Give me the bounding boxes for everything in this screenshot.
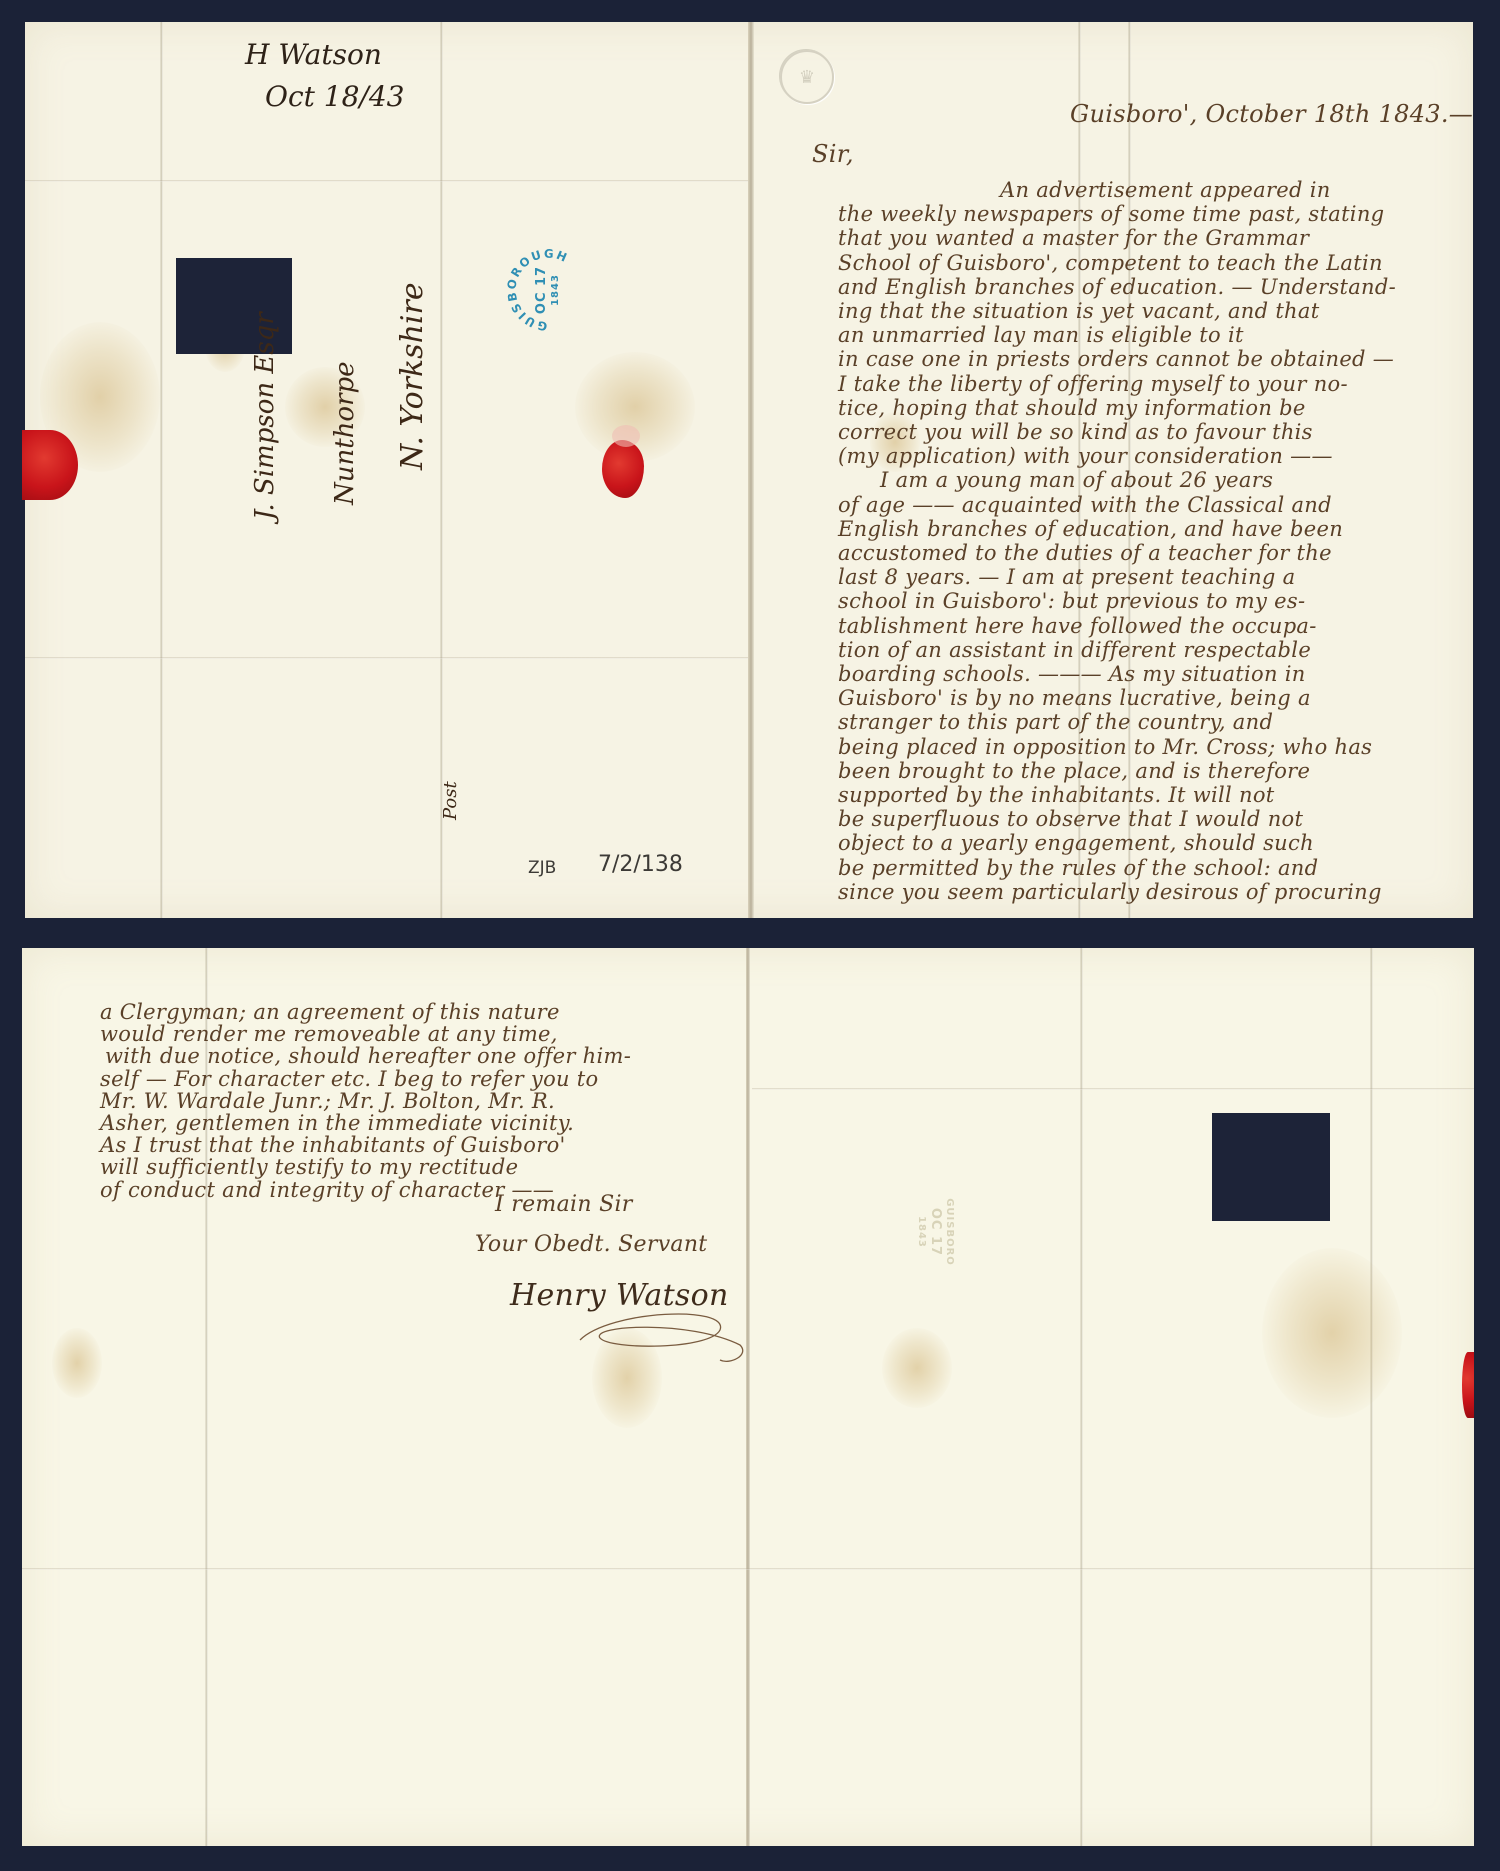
letter-line: correct you will be so kind as to favour… bbox=[838, 420, 1313, 444]
faded-postmark-year: 1843 bbox=[914, 1198, 928, 1266]
page-gutter bbox=[746, 948, 750, 1846]
archive-collection: ZJB bbox=[528, 858, 556, 878]
letter-line: tablishment here have followed the occup… bbox=[838, 614, 1317, 638]
letter-line: that you wanted a master for the Grammar bbox=[838, 226, 1309, 250]
postmark-ring-text: GUISBOROUGH bbox=[504, 247, 570, 334]
faded-postmark-ring: GUISBORO bbox=[942, 1198, 956, 1266]
letter-line: I am a young man of about 26 years bbox=[880, 468, 1273, 492]
letter-line: object to a yearly engagement, should su… bbox=[838, 831, 1314, 855]
postmark-ring-icon: GUISBOROUGH bbox=[504, 246, 592, 334]
letter-line: a Clergyman; an agreement of this nature bbox=[100, 1000, 560, 1024]
letter-line: School of Guisboro', competent to teach … bbox=[838, 251, 1383, 275]
letter-line: in case one in priests orders cannot be … bbox=[838, 347, 1394, 371]
letter-line: since you seem particularly desirous of … bbox=[838, 880, 1382, 904]
svg-text:GUISBOROUGH: GUISBOROUGH bbox=[504, 247, 570, 334]
letter-line: Guisboro' is by no means lucrative, bein… bbox=[838, 686, 1311, 710]
wax-seal bbox=[22, 430, 78, 500]
letter-line: of age —— acquainted with the Classical … bbox=[838, 493, 1332, 517]
address-line-1: J. Simpson Esqr bbox=[250, 312, 280, 520]
address-line-3: N. Yorkshire bbox=[395, 282, 430, 470]
letter-line: tion of an assistant in different respec… bbox=[838, 638, 1311, 662]
letter-line: English branches of education, and have … bbox=[838, 517, 1343, 541]
fold-line bbox=[22, 1568, 1474, 1570]
letter-line: stranger to this part of the country, an… bbox=[838, 710, 1273, 734]
foxing-stain bbox=[1262, 1248, 1402, 1418]
foxing-stain bbox=[52, 1328, 102, 1398]
fold-line bbox=[1080, 948, 1083, 1846]
letter-valediction: Your Obedt. Servant bbox=[475, 1232, 707, 1257]
faded-postmark: GUISBORO OC 17 1843 bbox=[893, 1192, 977, 1272]
letter-line: of conduct and integrity of character —— bbox=[100, 1178, 554, 1202]
letter-line: supported by the inhabitants. It will no… bbox=[838, 783, 1275, 807]
letter-line: accustomed to the duties of a teacher fo… bbox=[838, 541, 1332, 565]
faded-postmark-date: OC 17 bbox=[928, 1198, 942, 1266]
letter-line: the weekly newspapers of some time past,… bbox=[838, 202, 1384, 226]
fold-line bbox=[25, 180, 748, 182]
letter-line: being placed in opposition to Mr. Cross;… bbox=[838, 735, 1372, 759]
letter-line: and English branches of education. — Und… bbox=[838, 275, 1396, 299]
letter-line: As I trust that the inhabitants of Guisb… bbox=[100, 1133, 566, 1157]
letter-line: Asher, gentlemen in the immediate vicini… bbox=[100, 1111, 574, 1135]
letter-line: an unmarried lay man is eligible to it bbox=[838, 323, 1244, 347]
letter-line: last 8 years. — I am at present teaching… bbox=[838, 565, 1295, 589]
fold-line bbox=[160, 22, 163, 918]
docket-date: Oct 18/43 bbox=[265, 80, 404, 113]
letter-line: (my application) with your consideration… bbox=[838, 444, 1333, 468]
mounting-patch bbox=[1212, 1113, 1330, 1221]
address-line-2: Nunthorpe bbox=[330, 361, 360, 505]
letter-line: self — For character etc. I beg to refer… bbox=[100, 1067, 599, 1091]
letter-line: with due notice, should hereafter one of… bbox=[105, 1044, 631, 1068]
wax-seal bbox=[1462, 1352, 1474, 1418]
letter-line: Mr. W. Wardale Junr.; Mr. J. Bolton, Mr.… bbox=[100, 1089, 555, 1113]
wax-seal bbox=[602, 440, 644, 498]
fold-line bbox=[752, 1088, 1474, 1090]
letter-line: be superfluous to observe that I would n… bbox=[838, 807, 1303, 831]
fold-line bbox=[25, 657, 748, 659]
letter-line: I take the liberty of offering myself to… bbox=[838, 372, 1348, 396]
archive-number: 7/2/138 bbox=[598, 852, 683, 877]
address-post-mark: Post bbox=[440, 781, 461, 820]
signature-flourish-icon bbox=[570, 1300, 770, 1370]
embossed-seal-icon: ♛ bbox=[780, 50, 834, 104]
letter-line: been brought to the place, and is theref… bbox=[838, 759, 1310, 783]
letter-closing: I remain Sir bbox=[495, 1192, 633, 1217]
letter-line: be permitted by the rules of the school:… bbox=[838, 856, 1318, 880]
wax-residue bbox=[612, 425, 640, 447]
letter-dateline: Guisboro', October 18th 1843.— bbox=[1070, 100, 1473, 128]
page-gutter bbox=[748, 22, 754, 918]
guisborough-postmark: GUISBOROUGH OC 17 1843 bbox=[504, 246, 594, 334]
letter-line: tice, hoping that should my information … bbox=[838, 396, 1306, 420]
letter-line: will sufficiently testify to my rectitud… bbox=[100, 1155, 518, 1179]
letter-line: ing that the situation is yet vacant, an… bbox=[838, 299, 1319, 323]
foxing-stain bbox=[882, 1328, 952, 1408]
letter-line: boarding schools. ——— As my situation in bbox=[838, 662, 1306, 686]
letter-line: would render me removeable at any time, bbox=[100, 1022, 558, 1046]
letter-line: An advertisement appeared in bbox=[1000, 178, 1331, 202]
docket-name: H Watson bbox=[245, 38, 382, 71]
letter-salutation: Sir, bbox=[812, 140, 854, 168]
letter-line: school in Guisboro': but previous to my … bbox=[838, 589, 1305, 613]
